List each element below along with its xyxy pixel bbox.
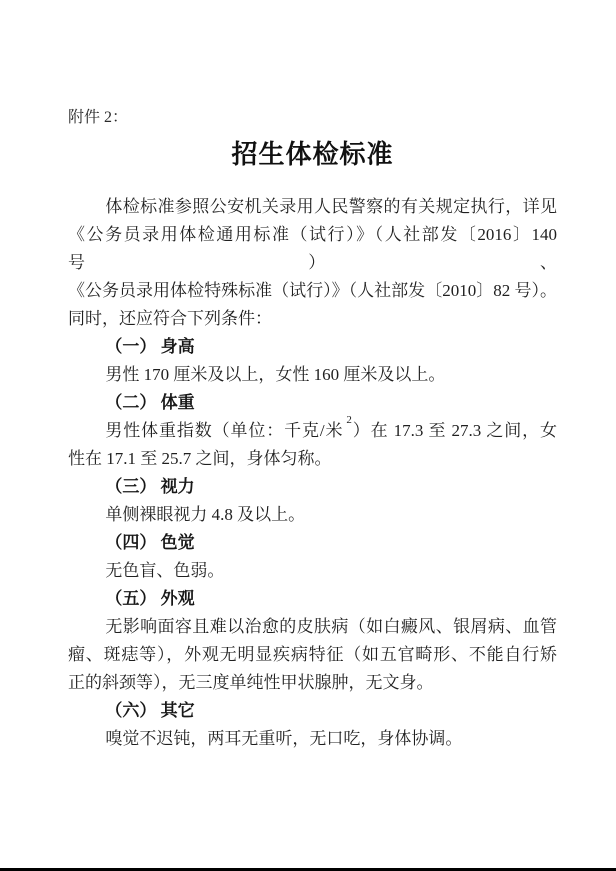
section-3-body-line-1: 单侧裸眼视力 4.8 及以上。 [68,501,557,529]
section-4-body-line-1: 无色盲、色弱。 [68,557,557,585]
section-2-heading: （二） 体重 [68,389,557,417]
bmi-text-after-superscript: ）在 17.3 至 27.3 之间，女 [352,421,557,440]
section-3-heading: （三） 视力 [68,473,557,501]
section-2-body-line-1: 男性体重指数（单位：千克/米2）在 17.3 至 27.3 之间，女 [68,417,557,445]
bmi-unit-superscript: 2 [346,414,352,426]
section-5-body-line-1: 无影响面容且难以治愈的皮肤病（如白癜风、银屑病、血管 [68,613,557,641]
document-page: 附件 2： 招生体检标准 体检标准参照公安机关录用人民警察的有关规定执行，详见 … [0,0,616,871]
attachment-label: 附件 2： [68,108,557,128]
section-5-heading: （五） 外观 [68,585,557,613]
section-5-body-line-3: 正的斜颈等），无三度单纯性甲状腺肿，无文身。 [68,669,557,697]
section-6-body-line-1: 嗅觉不迟钝，两耳无重听，无口吃，身体协调。 [68,725,557,753]
section-2-body-line-2: 性在 17.1 至 25.7 之间，身体匀称。 [68,445,557,473]
page-content: 附件 2： 招生体检标准 体检标准参照公安机关录用人民警察的有关规定执行，详见 … [0,0,616,753]
section-4-heading: （四） 色觉 [68,529,557,557]
section-1-body-line-1: 男性 170 厘米及以上，女性 160 厘米及以上。 [68,361,557,389]
section-6-heading: （六） 其它 [68,697,557,725]
intro-line-3: 《公务员录用体检特殊标准（试行）》（人社部发〔2010〕82 号）。 [68,277,557,305]
intro-line-2: 《公务员录用体检通用标准（试行）》（人社部发〔2016〕140 号）、 [68,221,557,277]
intro-line-1: 体检标准参照公安机关录用人民警察的有关规定执行，详见 [68,193,557,221]
section-1-heading: （一） 身高 [68,333,557,361]
document-body: 体检标准参照公安机关录用人民警察的有关规定执行，详见 《公务员录用体检通用标准（… [68,193,557,753]
intro-line-4: 同时，还应符合下列条件： [68,305,557,333]
document-title: 招生体检标准 [68,136,557,172]
bmi-text-before-superscript: 男性体重指数（单位：千克/米 [105,421,343,440]
section-5-body-line-2: 瘤、斑痣等），外观无明显疾病特征（如五官畸形、不能自行矫 [68,641,557,669]
